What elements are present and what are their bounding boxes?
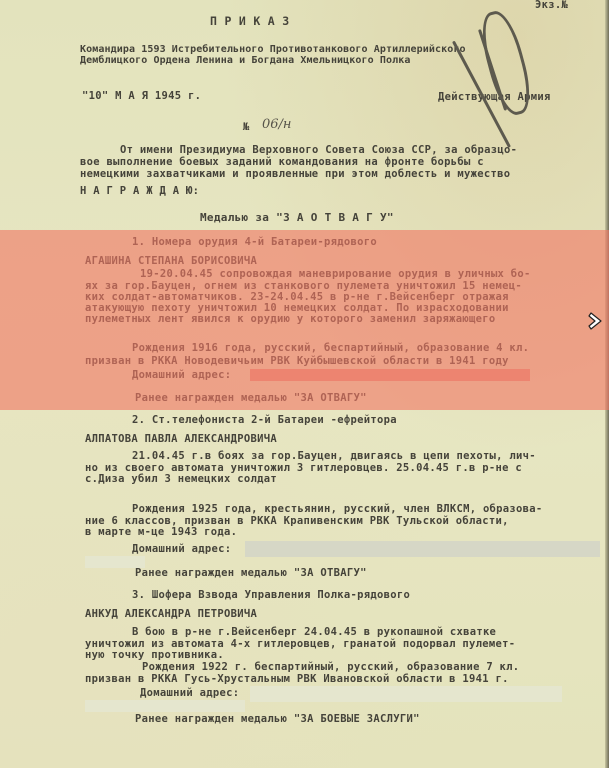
document-title: П Р И К А З bbox=[210, 16, 289, 27]
entry-deed-line: ную точку противника. bbox=[85, 650, 224, 661]
chevron-right-icon bbox=[587, 311, 605, 331]
entry-deed-line: 21.04.45 г.в боях за гор.Бауцен, двигаяс… bbox=[132, 451, 536, 462]
entry-previous-award: Ранее награжден медалью "ЗА БОЕВЫЕ ЗАСЛУ… bbox=[135, 714, 420, 725]
issuer-line-1: Командира 1593 Истребительного Противота… bbox=[80, 44, 466, 55]
entry-deed-line: с.Диза убил 3 немецких солдат bbox=[85, 474, 277, 485]
order-number-prefix: № bbox=[243, 122, 250, 133]
entry-bio-line: Рождения 1925 года, крестьянин, русский,… bbox=[132, 504, 543, 515]
entry-rank: 2. Ст.телефониста 2-й Батареи -ефрейтора bbox=[132, 415, 397, 426]
preamble-line-1: От имени Президиума Верховного Совета Со… bbox=[120, 145, 517, 156]
entry-bio-line: призван в РККА Гусь-Хрустальным РВК Иван… bbox=[85, 674, 509, 685]
entry-deed-line: В бою в р-не г.Вейсенберг 24.04.45 в рук… bbox=[132, 627, 496, 638]
preamble-line-3: немецкими захватчиками и проявленные при… bbox=[80, 169, 510, 180]
copy-mark: Экз.№ bbox=[535, 0, 568, 11]
entry-previous-award: Ранее награжден медалью "ЗА ОТВАГУ" bbox=[135, 568, 367, 579]
order-date: "10" М А Я 1945 г. bbox=[82, 91, 201, 102]
awards-heading: Н А Г Р А Ж Д А Ю: bbox=[80, 186, 199, 197]
document-page: Экз.№ П Р И К А З Командира 1593 Истреби… bbox=[0, 0, 609, 768]
entry-address-label: Домашний адрес: bbox=[140, 688, 239, 699]
next-page-button[interactable] bbox=[587, 311, 605, 331]
location-label: Действующая Армия bbox=[438, 92, 551, 103]
redacted-address bbox=[250, 686, 562, 702]
entry-bio-line: в марте м-це 1943 года. bbox=[85, 527, 237, 538]
entry-rank: 3. Шофера Взвода Управления Полка-рядово… bbox=[132, 590, 410, 601]
entry-address-label: Домашний адрес: bbox=[132, 544, 231, 555]
issuer-line-2: Демблицкого Ордена Ленина и Богдана Хмел… bbox=[80, 55, 411, 66]
entry-bio-line: Рождения 1922 г. беспартийный, русский, … bbox=[142, 662, 519, 673]
preamble-line-2: вое выполнение боевых заданий командован… bbox=[80, 157, 484, 168]
medal-heading: Медалью за "З А О Т В А Г У" bbox=[200, 212, 394, 223]
redacted-address bbox=[245, 541, 600, 557]
entry-name: АНКУД АЛЕКСАНДРА ПЕТРОВИЧА bbox=[85, 609, 257, 620]
order-number-handwritten: 06/н bbox=[262, 117, 292, 132]
entry-highlight-overlay bbox=[0, 230, 609, 410]
entry-name: АЛПАТОВА ПАВЛА АЛЕКСАНДРОВИЧА bbox=[85, 434, 277, 445]
redacted-address-continued bbox=[85, 700, 245, 712]
